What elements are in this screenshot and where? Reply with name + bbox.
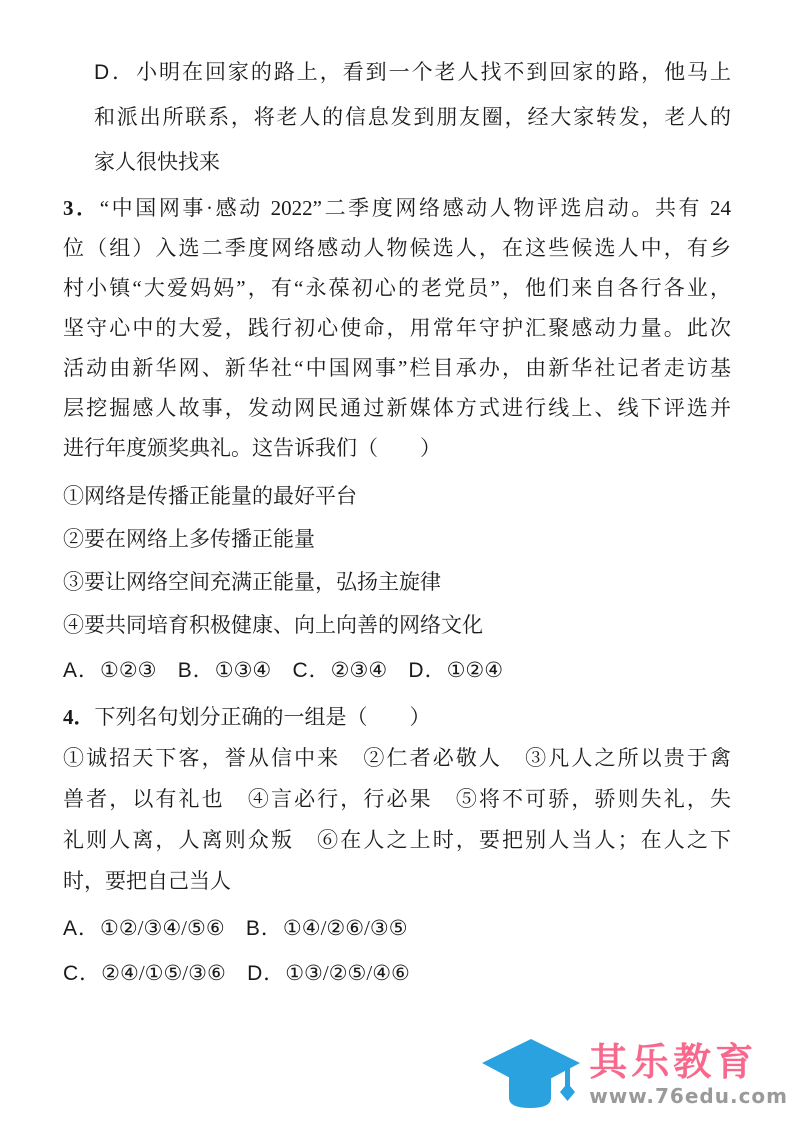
text-line: 村小镇“大爱妈妈”，有“永葆初心的老党员”，他们来自各行各业， xyxy=(63,268,731,308)
option-letter: C． xyxy=(293,659,331,682)
option-value: ②④/①⑤/③⑥ xyxy=(101,961,226,985)
option-value: ①③/②⑤/④⑥ xyxy=(285,961,410,985)
option-letter: B． xyxy=(246,917,283,940)
option-value: ①②④ xyxy=(447,658,503,682)
option-letter: D． xyxy=(94,61,136,84)
text-line: 家人很快找来 xyxy=(94,140,731,185)
answer-option: C．②④/①⑤/③⑥ xyxy=(63,961,226,985)
option-letter: D． xyxy=(247,962,285,985)
list-item: ③要让网络空间充满正能量，弘扬主旋律 xyxy=(63,561,731,604)
brand-logo: 其乐教育 www.76edu.com xyxy=(481,1038,788,1112)
option-value: ①②/③④/⑤⑥ xyxy=(100,916,225,940)
answer-option: B．①④/②⑥/③⑤ xyxy=(246,916,408,940)
text-line: ①诚招天下客，誉从信中来 ②仁者必敬人 ③凡人之所以贵于禽 xyxy=(63,738,731,779)
option-value: ①②③ xyxy=(100,658,156,682)
option-letter: D． xyxy=(408,659,446,682)
text-line: 兽者，以有礼也 ④言必行，行必果 ⑤将不可骄，骄则失礼，失 xyxy=(63,779,731,820)
brand-name: 其乐教育 xyxy=(589,1042,788,1084)
text-line: 进行年度颁奖典礼。这告诉我们（ ） xyxy=(63,428,731,468)
option-letter: A． xyxy=(63,659,100,682)
stem-text: “中国网事·感动 2022”二季度网络感动人物评选启动。共有 24 xyxy=(100,196,731,220)
answer-option: A．①②/③④/⑤⑥ xyxy=(63,916,225,940)
answer-option: B．①③④ xyxy=(178,658,272,682)
answer-row: A．①②/③④/⑤⑥ B．①④/②⑥/③⑤ xyxy=(63,906,731,951)
question3-items: ①网络是传播正能量的最好平台 ②要在网络上多传播正能量 ③要让网络空间充满正能量… xyxy=(63,475,731,647)
text-line: 坚守心中的大爱，践行初心使命，用常年守护汇聚感动力量。此次 xyxy=(63,308,731,348)
question4: 4．下列名句划分正确的一组是（ ） ①诚招天下客，誉从信中来 ②仁者必敬人 ③凡… xyxy=(63,697,731,902)
option-letter: B． xyxy=(178,659,215,682)
text-line: 时，要把自己当人 xyxy=(63,861,731,902)
graduation-cap-icon xyxy=(481,1038,581,1112)
answer-option: D．①③/②⑤/④⑥ xyxy=(247,961,410,985)
option-value: ①③④ xyxy=(215,658,271,682)
stem-text: 下列名句划分正确的一组是（ ） xyxy=(95,705,431,729)
answer-option: A．①②③ xyxy=(63,658,157,682)
option-letter: C． xyxy=(63,962,101,985)
list-item: ④要共同培育积极健康、向上向善的网络文化 xyxy=(63,604,731,647)
text-line: 4．下列名句划分正确的一组是（ ） xyxy=(63,697,731,738)
list-item: ①网络是传播正能量的最好平台 xyxy=(63,475,731,518)
question4-number: 4． xyxy=(63,705,95,729)
question3-answer-row: A．①②③ B．①③④ C．②③④ D．①②④ xyxy=(63,650,731,691)
question3-number: 3． xyxy=(63,196,100,220)
text-line: 和派出所联系，将老人的信息发到朋友圈，经大家转发，老人的 xyxy=(94,95,731,140)
text-line: 活动由新华网、新华社“中国网事”栏目承办，由新华社记者走访基 xyxy=(63,348,731,388)
question2-option-d: D．小明在回家的路上，看到一个老人找不到回家的路，他马上 和派出所联系，将老人的… xyxy=(63,50,731,185)
text-line: 礼则人离，人离则众叛 ⑥在人之上时，要把别人当人；在人之下 xyxy=(63,820,731,861)
document-body: D．小明在回家的路上，看到一个老人找不到回家的路，他马上 和派出所联系，将老人的… xyxy=(63,50,731,996)
text-line: 3．“中国网事·感动 2022”二季度网络感动人物评选启动。共有 24 xyxy=(63,188,731,228)
page: D．小明在回家的路上，看到一个老人找不到回家的路，他马上 和派出所联系，将老人的… xyxy=(0,0,793,1122)
text-line: 层挖掘感人故事，发动网民通过新媒体方式进行线上、线下评选并 xyxy=(63,388,731,428)
answer-option: D．①②④ xyxy=(408,658,503,682)
question3-stem: 3．“中国网事·感动 2022”二季度网络感动人物评选启动。共有 24 位（组）… xyxy=(63,188,731,468)
option-text: 小明在回家的路上，看到一个老人找不到回家的路，他马上 xyxy=(136,60,731,84)
option-value: ②③④ xyxy=(331,658,387,682)
answer-row: C．②④/①⑤/③⑥ D．①③/②⑤/④⑥ xyxy=(63,951,731,996)
question4-answer-rows: A．①②/③④/⑤⑥ B．①④/②⑥/③⑤ C．②④/①⑤/③⑥ D．①③/②⑤… xyxy=(63,906,731,996)
text-line: 位（组）入选二季度网络感动人物候选人，在这些候选人中，有乡 xyxy=(63,228,731,268)
logo-text: 其乐教育 www.76edu.com xyxy=(589,1042,788,1108)
text-line: D．小明在回家的路上，看到一个老人找不到回家的路，他马上 xyxy=(94,50,731,95)
list-item: ②要在网络上多传播正能量 xyxy=(63,518,731,561)
option-letter: A． xyxy=(63,917,100,940)
answer-option: C．②③④ xyxy=(293,658,388,682)
option-value: ①④/②⑥/③⑤ xyxy=(283,916,408,940)
brand-website: www.76edu.com xyxy=(589,1084,788,1108)
